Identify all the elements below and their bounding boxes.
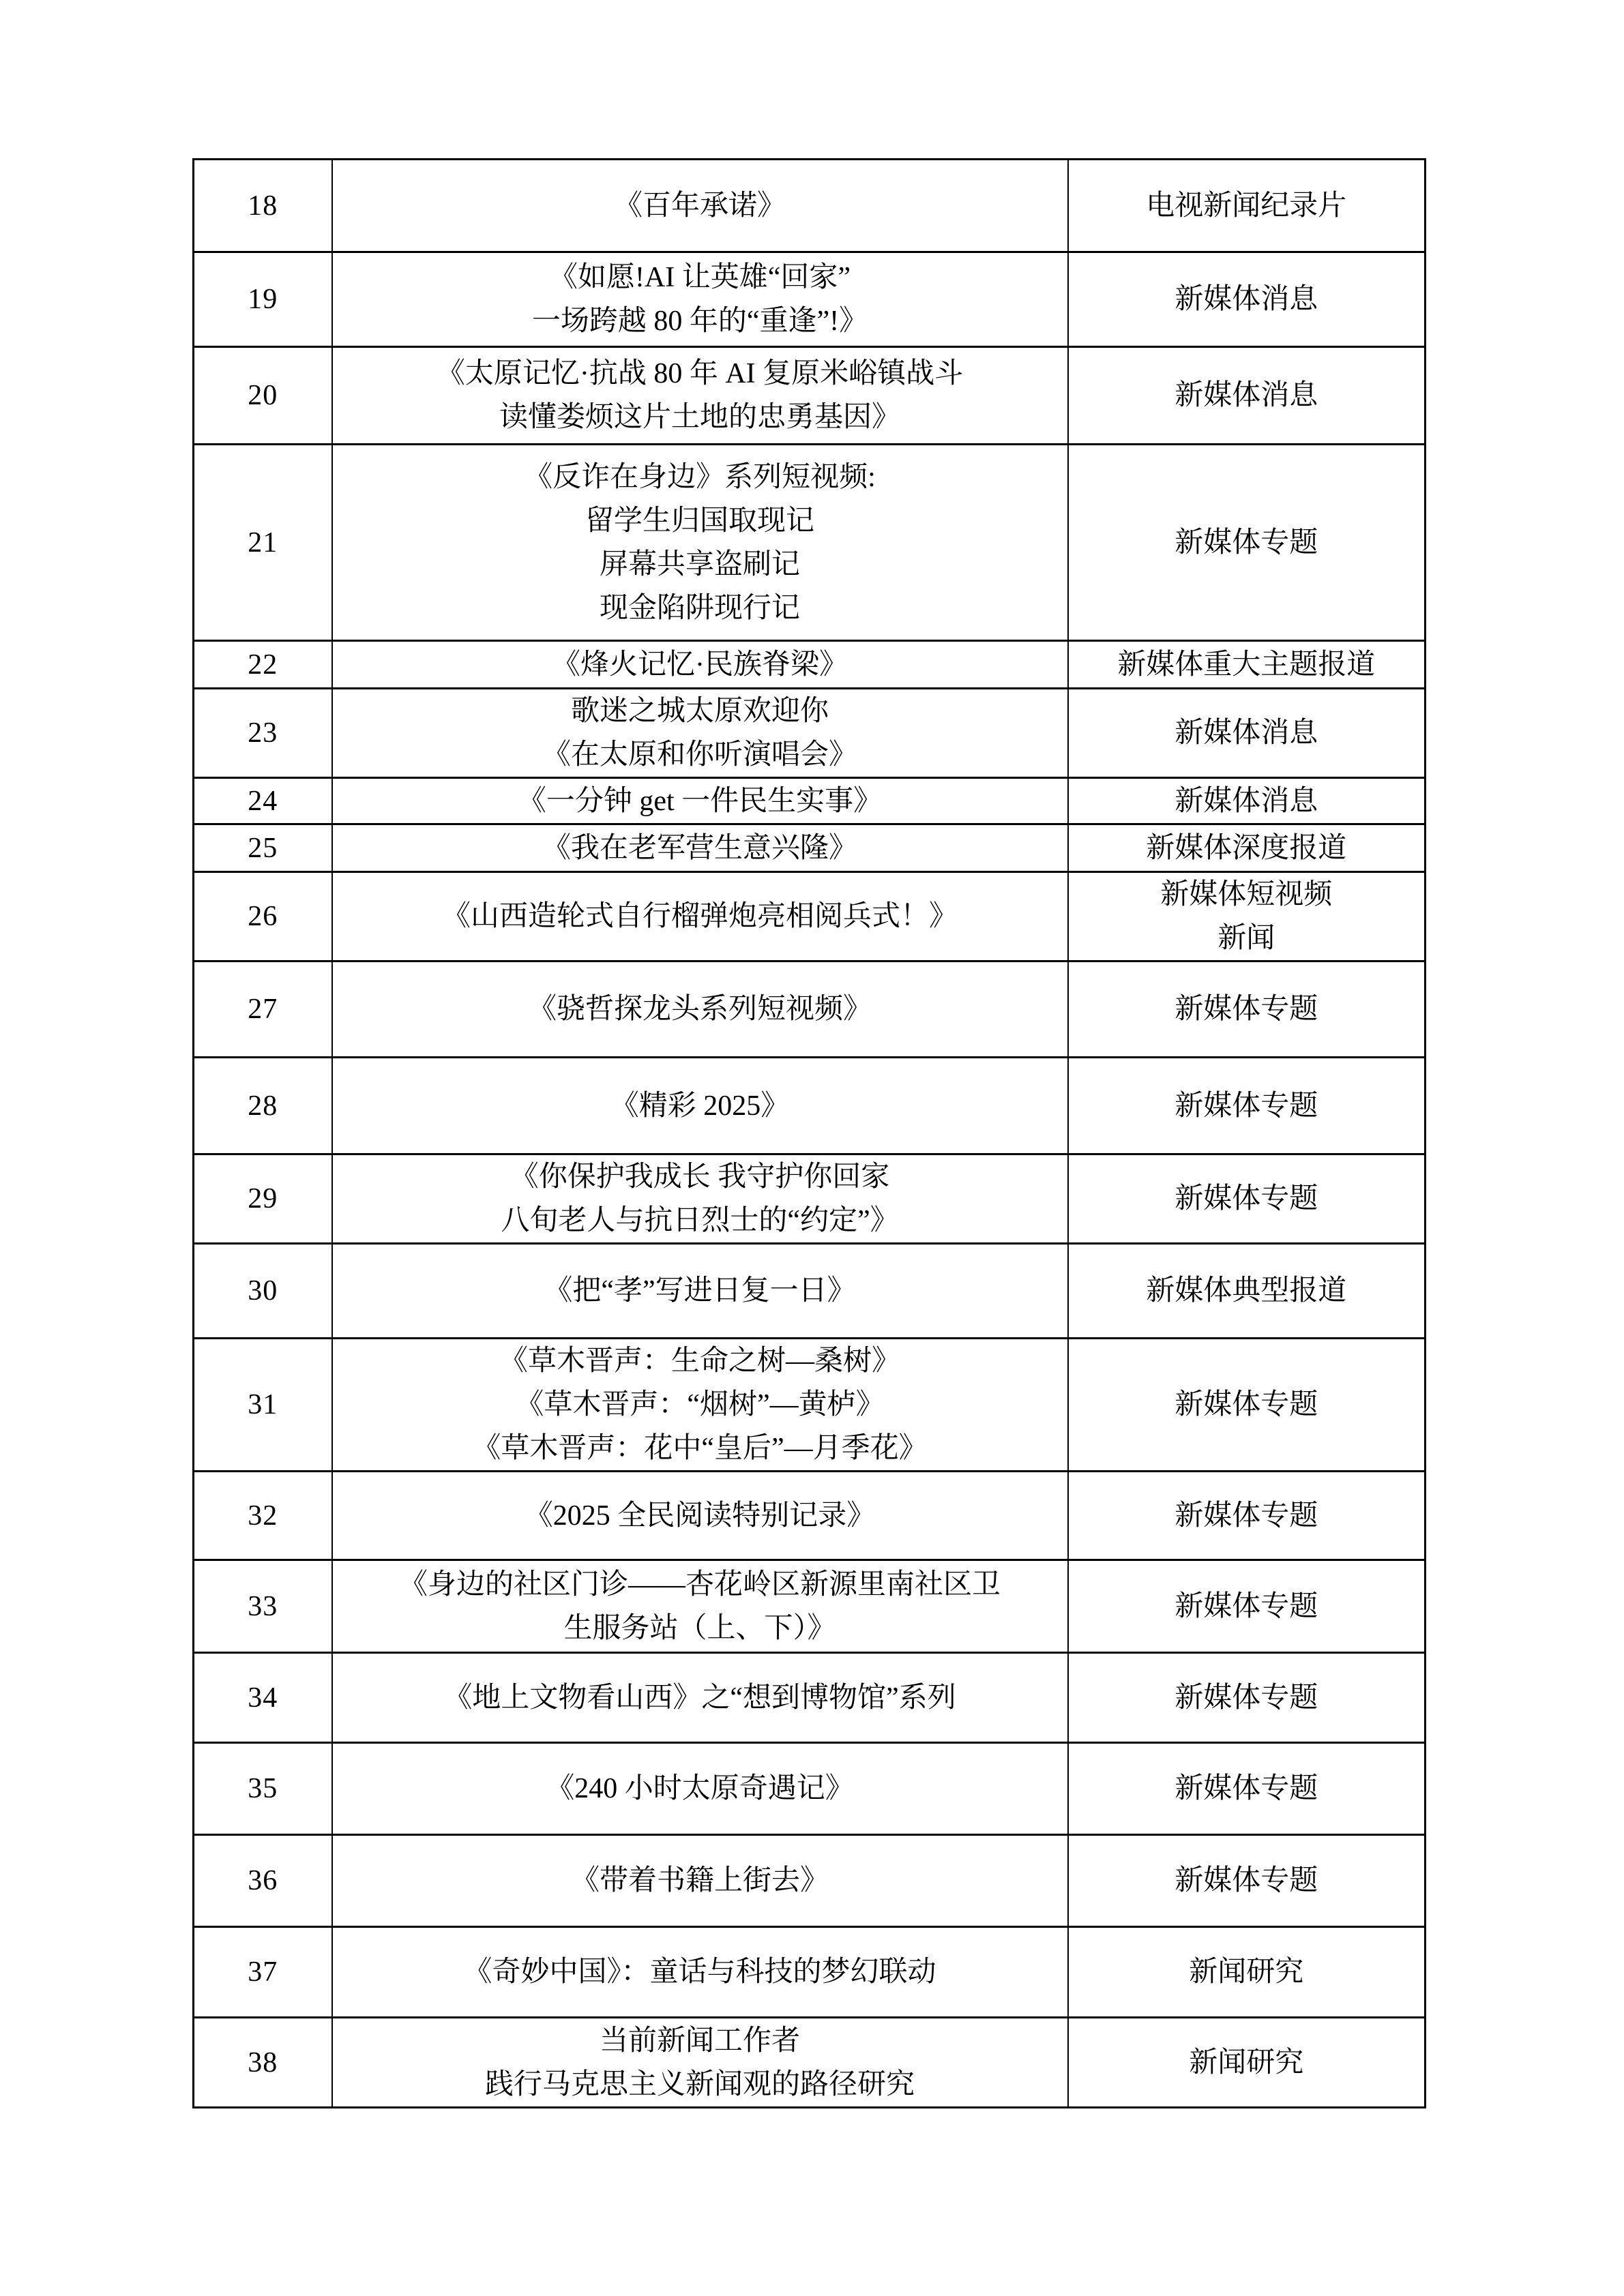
row-number: 36 bbox=[194, 1859, 331, 1903]
entry-category-line: 新媒体消息 bbox=[1069, 779, 1425, 823]
row-number: 28 bbox=[194, 1084, 331, 1128]
row-number-cell: 19 bbox=[194, 252, 332, 347]
work-title-line: 《地上文物看山西》之“想到博物馆”系列 bbox=[333, 1676, 1067, 1720]
entry-category-line: 新媒体深度报道 bbox=[1069, 826, 1425, 870]
row-number-cell: 30 bbox=[194, 1244, 332, 1339]
row-number-cell: 34 bbox=[194, 1653, 332, 1743]
table-row: 23歌迷之城太原欢迎你《在太原和你听演唱会》新媒体消息 bbox=[194, 689, 1426, 778]
row-number-cell: 26 bbox=[194, 872, 332, 961]
work-title-line: 屏幕共享盗刷记 bbox=[333, 543, 1067, 586]
table-row: 18《百年承诺》电视新闻纪录片 bbox=[194, 160, 1426, 252]
work-title-line: 《2025 全民阅读特别记录》 bbox=[333, 1494, 1067, 1538]
work-title-cell: 《烽火记忆·民族脊梁》 bbox=[332, 641, 1068, 689]
work-title-line: 八旬老人与抗日烈士的“约定”》 bbox=[333, 1199, 1067, 1242]
row-number-cell: 18 bbox=[194, 160, 332, 252]
row-number-cell: 24 bbox=[194, 778, 332, 824]
entry-category-line: 新媒体专题 bbox=[1069, 1767, 1425, 1810]
entry-category-line: 新闻研究 bbox=[1069, 2041, 1425, 2085]
entry-category-cell: 新媒体消息 bbox=[1068, 347, 1426, 445]
work-title-line: 歌迷之城太原欢迎你 bbox=[333, 689, 1067, 733]
table-row: 27《骁哲探龙头系列短视频》新媒体专题 bbox=[194, 961, 1426, 1058]
row-number: 29 bbox=[194, 1177, 331, 1221]
entry-category-cell: 新媒体专题 bbox=[1068, 961, 1426, 1058]
entry-category-line: 新媒体消息 bbox=[1069, 374, 1425, 417]
row-number: 22 bbox=[194, 643, 331, 687]
entry-category-line: 新媒体重大主题报道 bbox=[1069, 643, 1425, 687]
row-number: 26 bbox=[194, 895, 331, 938]
work-title-cell: 《草木晋声：生命之树—桑树》《草木晋声：“烟树”—黄栌》《草木晋声：花中“皇后”… bbox=[332, 1339, 1068, 1472]
row-number: 25 bbox=[194, 826, 331, 870]
work-title-line: 《一分钟 get 一件民生实事》 bbox=[333, 779, 1067, 823]
work-title-line: 《草木晋声：“烟树”—黄栌》 bbox=[333, 1383, 1067, 1427]
work-title-line: 《百年承诺》 bbox=[333, 184, 1067, 228]
entry-category-line: 新媒体典型报道 bbox=[1069, 1269, 1425, 1313]
entry-category-cell: 新媒体专题 bbox=[1068, 1743, 1426, 1835]
document-page: 18《百年承诺》电视新闻纪录片19《如愿!AI 让英雄“回家”一场跨越 80 年… bbox=[0, 0, 1624, 2296]
row-number-cell: 38 bbox=[194, 2018, 332, 2108]
entry-category-cell: 新媒体重大主题报道 bbox=[1068, 641, 1426, 689]
entry-category-line: 新媒体专题 bbox=[1069, 1494, 1425, 1538]
table-row: 28《精彩 2025》新媒体专题 bbox=[194, 1058, 1426, 1154]
entry-category-line: 新媒体专题 bbox=[1069, 1084, 1425, 1128]
table-row: 21《反诈在身边》系列短视频:留学生归国取现记屏幕共享盗刷记现金陷阱现行记新媒体… bbox=[194, 445, 1426, 641]
table-row: 31《草木晋声：生命之树—桑树》《草木晋声：“烟树”—黄栌》《草木晋声：花中“皇… bbox=[194, 1339, 1426, 1472]
work-title-cell: 《你保护我成长 我守护你回家八旬老人与抗日烈士的“约定”》 bbox=[332, 1154, 1068, 1244]
work-title-line: 《带着书籍上街去》 bbox=[333, 1859, 1067, 1903]
entry-category-line: 新闻研究 bbox=[1069, 1950, 1425, 1994]
row-number: 34 bbox=[194, 1676, 331, 1720]
table-row: 25《我在老军营生意兴隆》新媒体深度报道 bbox=[194, 824, 1426, 872]
work-title-cell: 《奇妙中国》：童话与科技的梦幻联动 bbox=[332, 1927, 1068, 2018]
work-title-line: 《烽火记忆·民族脊梁》 bbox=[333, 643, 1067, 687]
work-title-line: 《精彩 2025》 bbox=[333, 1084, 1067, 1128]
work-title-line: 生服务站（上、下）》 bbox=[333, 1607, 1067, 1650]
row-number-cell: 33 bbox=[194, 1560, 332, 1653]
row-number: 24 bbox=[194, 779, 331, 823]
work-title-cell: 《精彩 2025》 bbox=[332, 1058, 1068, 1154]
entry-category-cell: 新媒体专题 bbox=[1068, 1154, 1426, 1244]
work-title-cell: 《太原记忆·抗战 80 年 AI 复原米峪镇战斗读懂娄烦这片土地的忠勇基因》 bbox=[332, 347, 1068, 445]
work-title-line: 《太原记忆·抗战 80 年 AI 复原米峪镇战斗 bbox=[333, 352, 1067, 396]
entry-category-cell: 新媒体消息 bbox=[1068, 778, 1426, 824]
work-title-cell: 《240 小时太原奇遇记》 bbox=[332, 1743, 1068, 1835]
work-title-line: 《把“孝”写进日复一日》 bbox=[333, 1269, 1067, 1313]
work-title-line: 《山西造轮式自行榴弹炮亮相阅兵式！》 bbox=[333, 895, 1067, 938]
work-title-cell: 《把“孝”写进日复一日》 bbox=[332, 1244, 1068, 1339]
table-row: 32《2025 全民阅读特别记录》新媒体专题 bbox=[194, 1472, 1426, 1560]
entry-category-cell: 新媒体专题 bbox=[1068, 1058, 1426, 1154]
row-number: 32 bbox=[194, 1494, 331, 1538]
work-title-cell: 《带着书籍上街去》 bbox=[332, 1835, 1068, 1927]
table-row: 20《太原记忆·抗战 80 年 AI 复原米峪镇战斗读懂娄烦这片土地的忠勇基因》… bbox=[194, 347, 1426, 445]
work-title-line: 读懂娄烦这片土地的忠勇基因》 bbox=[333, 396, 1067, 439]
work-title-line: 《如愿!AI 让英雄“回家” bbox=[333, 256, 1067, 299]
work-title-line: 《240 小时太原奇遇记》 bbox=[333, 1767, 1067, 1810]
entry-category-cell: 新媒体专题 bbox=[1068, 445, 1426, 641]
row-number: 23 bbox=[194, 711, 331, 755]
entry-category-cell: 新媒体专题 bbox=[1068, 1472, 1426, 1560]
row-number: 37 bbox=[194, 1950, 331, 1994]
table-row: 37《奇妙中国》：童话与科技的梦幻联动新闻研究 bbox=[194, 1927, 1426, 2018]
work-title-line: 现金陷阱现行记 bbox=[333, 586, 1067, 630]
work-title-cell: 《2025 全民阅读特别记录》 bbox=[332, 1472, 1068, 1560]
work-title-cell: 《身边的社区门诊——杏花岭区新源里南社区卫生服务站（上、下）》 bbox=[332, 1560, 1068, 1653]
row-number: 35 bbox=[194, 1767, 331, 1810]
entry-category-line: 新媒体专题 bbox=[1069, 1177, 1425, 1221]
row-number: 18 bbox=[194, 184, 331, 228]
entry-category-line: 新媒体专题 bbox=[1069, 987, 1425, 1031]
work-title-line: 《你保护我成长 我守护你回家 bbox=[333, 1155, 1067, 1199]
table-row: 30《把“孝”写进日复一日》新媒体典型报道 bbox=[194, 1244, 1426, 1339]
row-number-cell: 37 bbox=[194, 1927, 332, 2018]
entry-category-cell: 电视新闻纪录片 bbox=[1068, 160, 1426, 252]
table-row: 33《身边的社区门诊——杏花岭区新源里南社区卫生服务站（上、下）》新媒体专题 bbox=[194, 1560, 1426, 1653]
entry-category-cell: 新媒体消息 bbox=[1068, 252, 1426, 347]
table-row: 35《240 小时太原奇遇记》新媒体专题 bbox=[194, 1743, 1426, 1835]
entry-category-cell: 新媒体消息 bbox=[1068, 689, 1426, 778]
entry-category-cell: 新闻研究 bbox=[1068, 2018, 1426, 2108]
table-row: 36《带着书籍上街去》新媒体专题 bbox=[194, 1835, 1426, 1927]
work-title-cell: 《一分钟 get 一件民生实事》 bbox=[332, 778, 1068, 824]
row-number-cell: 32 bbox=[194, 1472, 332, 1560]
entry-category-cell: 新闻研究 bbox=[1068, 1927, 1426, 2018]
row-number-cell: 29 bbox=[194, 1154, 332, 1244]
awards-table-body: 18《百年承诺》电视新闻纪录片19《如愿!AI 让英雄“回家”一场跨越 80 年… bbox=[194, 160, 1426, 2108]
row-number: 19 bbox=[194, 278, 331, 321]
entry-category-cell: 新媒体专题 bbox=[1068, 1560, 1426, 1653]
work-title-line: 当前新闻工作者 bbox=[333, 2019, 1067, 2063]
entry-category-cell: 新媒体深度报道 bbox=[1068, 824, 1426, 872]
entry-category-line: 新媒体专题 bbox=[1069, 1859, 1425, 1903]
row-number: 20 bbox=[194, 374, 331, 417]
row-number-cell: 35 bbox=[194, 1743, 332, 1835]
table-row: 29《你保护我成长 我守护你回家八旬老人与抗日烈士的“约定”》新媒体专题 bbox=[194, 1154, 1426, 1244]
row-number-cell: 22 bbox=[194, 641, 332, 689]
entry-category-line: 新媒体专题 bbox=[1069, 1585, 1425, 1628]
table-row: 34《地上文物看山西》之“想到博物馆”系列新媒体专题 bbox=[194, 1653, 1426, 1743]
row-number-cell: 25 bbox=[194, 824, 332, 872]
entry-category-line: 新媒体专题 bbox=[1069, 1676, 1425, 1720]
work-title-cell: 《山西造轮式自行榴弹炮亮相阅兵式！》 bbox=[332, 872, 1068, 961]
work-title-line: 一场跨越 80 年的“重逢”!》 bbox=[333, 299, 1067, 343]
entry-category-line: 新媒体专题 bbox=[1069, 521, 1425, 565]
row-number-cell: 31 bbox=[194, 1339, 332, 1472]
table-row: 24《一分钟 get 一件民生实事》新媒体消息 bbox=[194, 778, 1426, 824]
row-number: 30 bbox=[194, 1269, 331, 1313]
work-title-line: 《在太原和你听演唱会》 bbox=[333, 733, 1067, 777]
entry-category-line: 新闻 bbox=[1069, 916, 1425, 960]
work-title-cell: 《我在老军营生意兴隆》 bbox=[332, 824, 1068, 872]
row-number-cell: 21 bbox=[194, 445, 332, 641]
row-number: 21 bbox=[194, 521, 331, 565]
table-row: 22《烽火记忆·民族脊梁》新媒体重大主题报道 bbox=[194, 641, 1426, 689]
work-title-line: 践行马克思主义新闻观的路径研究 bbox=[333, 2063, 1067, 2106]
row-number-cell: 27 bbox=[194, 961, 332, 1058]
row-number: 27 bbox=[194, 987, 331, 1031]
work-title-line: 《奇妙中国》：童话与科技的梦幻联动 bbox=[333, 1950, 1067, 1994]
work-title-line: 《草木晋声：生命之树—桑树》 bbox=[333, 1339, 1067, 1383]
table-row: 19《如愿!AI 让英雄“回家”一场跨越 80 年的“重逢”!》新媒体消息 bbox=[194, 252, 1426, 347]
work-title-line: 留学生归国取现记 bbox=[333, 499, 1067, 543]
row-number: 38 bbox=[194, 2041, 331, 2085]
entry-category-line: 新媒体专题 bbox=[1069, 1383, 1425, 1427]
row-number-cell: 23 bbox=[194, 689, 332, 778]
work-title-line: 《我在老军营生意兴隆》 bbox=[333, 826, 1067, 870]
row-number-cell: 36 bbox=[194, 1835, 332, 1927]
entry-category-cell: 新媒体专题 bbox=[1068, 1653, 1426, 1743]
work-title-line: 《身边的社区门诊——杏花岭区新源里南社区卫 bbox=[333, 1563, 1067, 1607]
row-number: 33 bbox=[194, 1585, 331, 1628]
work-title-cell: 歌迷之城太原欢迎你《在太原和你听演唱会》 bbox=[332, 689, 1068, 778]
row-number-cell: 28 bbox=[194, 1058, 332, 1154]
entry-category-line: 新媒体短视频 bbox=[1069, 873, 1425, 916]
table-row: 38当前新闻工作者践行马克思主义新闻观的路径研究新闻研究 bbox=[194, 2018, 1426, 2108]
awards-table: 18《百年承诺》电视新闻纪录片19《如愿!AI 让英雄“回家”一场跨越 80 年… bbox=[192, 158, 1426, 2108]
work-title-line: 《骁哲探龙头系列短视频》 bbox=[333, 987, 1067, 1031]
work-title-cell: 《如愿!AI 让英雄“回家”一场跨越 80 年的“重逢”!》 bbox=[332, 252, 1068, 347]
entry-category-cell: 新媒体专题 bbox=[1068, 1835, 1426, 1927]
entry-category-line: 新媒体消息 bbox=[1069, 278, 1425, 321]
work-title-line: 《草木晋声：花中“皇后”—月季花》 bbox=[333, 1427, 1067, 1470]
work-title-line: 《反诈在身边》系列短视频: bbox=[333, 456, 1067, 499]
entry-category-line: 新媒体消息 bbox=[1069, 711, 1425, 755]
entry-category-line: 电视新闻纪录片 bbox=[1069, 184, 1425, 228]
entry-category-cell: 新媒体短视频新闻 bbox=[1068, 872, 1426, 961]
work-title-cell: 《地上文物看山西》之“想到博物馆”系列 bbox=[332, 1653, 1068, 1743]
row-number-cell: 20 bbox=[194, 347, 332, 445]
work-title-cell: 《骁哲探龙头系列短视频》 bbox=[332, 961, 1068, 1058]
table-row: 26《山西造轮式自行榴弹炮亮相阅兵式！》新媒体短视频新闻 bbox=[194, 872, 1426, 961]
work-title-cell: 《反诈在身边》系列短视频:留学生归国取现记屏幕共享盗刷记现金陷阱现行记 bbox=[332, 445, 1068, 641]
work-title-cell: 《百年承诺》 bbox=[332, 160, 1068, 252]
work-title-cell: 当前新闻工作者践行马克思主义新闻观的路径研究 bbox=[332, 2018, 1068, 2108]
entry-category-cell: 新媒体专题 bbox=[1068, 1339, 1426, 1472]
row-number: 31 bbox=[194, 1383, 331, 1427]
entry-category-cell: 新媒体典型报道 bbox=[1068, 1244, 1426, 1339]
